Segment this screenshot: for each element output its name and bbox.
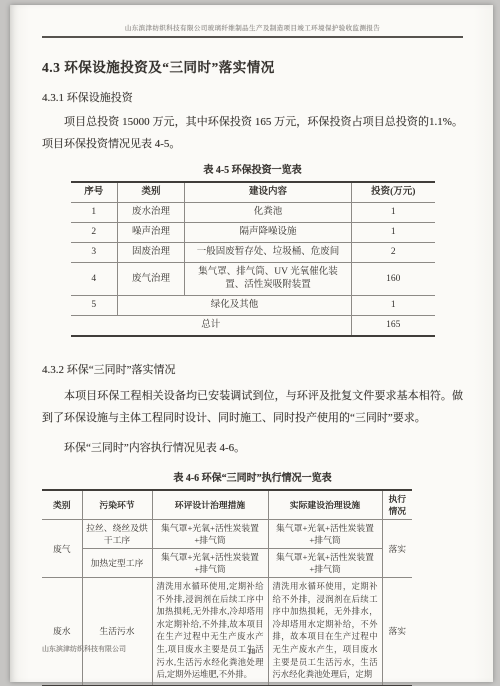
section-heading-4-3: 4.3 环保设施投资及“三同时”落实情况: [42, 56, 463, 76]
paragraph-three-simultaneous: 本项目环保工程相关设备均已安装调试到位，与环评及批复文件要求基本相符。做到了环保…: [42, 385, 463, 429]
table-row: 2 噪声治理 隔声降噪设施 1: [71, 223, 435, 243]
table-cell: 固废治理: [118, 243, 185, 263]
table-row: 4 废气治理 集气罩、排气筒、UV 光氧催化装置、活性炭吸附装置 160: [71, 263, 435, 296]
table-cell: 集气罩+光氧+活性炭装置+排气筒: [152, 549, 268, 578]
section-heading-4-3-2: 4.3.2 环保“三同时”落实情况: [42, 361, 463, 377]
table-row: 废气 拉丝、绕丝及烘干工序 集气罩+光氧+活性炭装置+排气筒 集气罩+光氧+活性…: [42, 520, 412, 549]
table-cell: 废气治理: [118, 263, 185, 296]
table-cell: 1: [352, 203, 435, 223]
page-number: 18: [10, 647, 493, 656]
table-header-row: 序号 类别 建设内容 投资(万元): [71, 182, 435, 203]
scanned-page: 山东滨津纺织科技有限公司玻璃纤维制品生产及制造项目竣工环境保护验收监测报告 4.…: [10, 5, 493, 682]
table-cell: 绿化及其他: [118, 296, 352, 316]
table-cell: 5: [71, 296, 118, 316]
three-simultaneous-table: 类别 污染环节 环评设计治理措施 实际建设治理设施 执行情况 废气 拉丝、绕丝及…: [42, 489, 412, 686]
table-cell: 建设内容: [185, 182, 352, 203]
table-cell: 序号: [71, 182, 118, 203]
table-cell: 总计: [71, 316, 352, 337]
table-cell: 集气罩+光氧+活性炭装置+排气筒: [268, 520, 382, 549]
table-cell: 加热定型工序: [82, 549, 152, 578]
table-cell: 污染环节: [82, 490, 152, 520]
table-cell: 隔声降噪设施: [185, 223, 352, 243]
table-cell: 废气: [42, 520, 82, 578]
table-cell: 1: [352, 296, 435, 316]
table-cell: 2: [71, 223, 118, 243]
investment-table: 序号 类别 建设内容 投资(万元) 1 废水治理 化粪池 1 2 噪声治理 隔声…: [71, 181, 435, 337]
table-cell: 集气罩、排气筒、UV 光氧催化装置、活性炭吸附装置: [185, 263, 352, 296]
table-cell: 实际建设治理设施: [268, 490, 382, 520]
table-cell: 清洗用水循环使用，定期补给不外排，浸润剂在后续工序中加热损耗，无外排水，冷却塔用…: [268, 578, 382, 686]
table-cell: 165: [352, 316, 435, 337]
table-cell: 1: [71, 203, 118, 223]
table-cell: 废水治理: [118, 203, 185, 223]
table-cell: 拉丝、绕丝及烘干工序: [82, 520, 152, 549]
table-row: 废水 生活污水 清洗用水循环使用,定期补给不外排,浸润剂在后续工序中加热损耗,无…: [42, 578, 412, 686]
table-total-row: 总计 165: [71, 316, 435, 337]
table46-caption: 表 4-6 环保“三同时”执行情况一览表: [42, 469, 463, 484]
table-cell: 投资(万元): [352, 182, 435, 203]
table-cell: 类别: [118, 182, 185, 203]
section-heading-4-3-1: 4.3.1 环保设施投资: [42, 89, 463, 105]
table-cell: 1: [352, 223, 435, 243]
table-cell: 160: [352, 263, 435, 296]
table-header-row: 类别 污染环节 环评设计治理措施 实际建设治理设施 执行情况: [42, 490, 412, 520]
running-header: 山东滨津纺织科技有限公司玻璃纤维制品生产及制造项目竣工环境保护验收监测报告: [42, 23, 463, 38]
table-cell: 集气罩+光氧+活性炭装置+排气筒: [152, 520, 268, 549]
table-cell: 3: [71, 243, 118, 263]
table-row: 1 废水治理 化粪池 1: [71, 203, 435, 223]
table-row: 3 固废治理 一般固废暂存处、垃圾桶、危废间 2: [71, 243, 435, 263]
table-cell: 环评设计治理措施: [152, 490, 268, 520]
table-cell: 2: [352, 243, 435, 263]
table-cell: 噪声治理: [118, 223, 185, 243]
table-cell: 落实: [382, 578, 412, 686]
table-row: 5 绿化及其他 1: [71, 296, 435, 316]
table-cell: 化粪池: [185, 203, 352, 223]
table-cell: 落实: [382, 520, 412, 578]
table-cell: 执行情况: [382, 490, 412, 520]
table-cell: 废水: [42, 578, 82, 686]
paragraph-see-table46: 环保“三同时”内容执行情况见表 4-6。: [42, 437, 463, 459]
table-cell: 集气罩+光氧+活性炭装置+排气筒: [268, 549, 382, 578]
table-cell: 4: [71, 263, 118, 296]
table45-caption: 表 4-5 环保投资一览表: [42, 161, 463, 176]
paragraph-investment: 项目总投资 15000 万元，其中环保投资 165 万元，环保投资占项目总投资的…: [42, 111, 463, 155]
table-cell: 类别: [42, 490, 82, 520]
table-cell: 一般固废暂存处、垃圾桶、危废间: [185, 243, 352, 263]
table-cell: 清洗用水循环使用,定期补给不外排,浸润剂在后续工序中加热损耗,无外排水,冷却塔用…: [152, 578, 268, 686]
table-row: 加热定型工序 集气罩+光氧+活性炭装置+排气筒 集气罩+光氧+活性炭装置+排气筒: [42, 549, 412, 578]
table-cell: 生活污水: [82, 578, 152, 686]
